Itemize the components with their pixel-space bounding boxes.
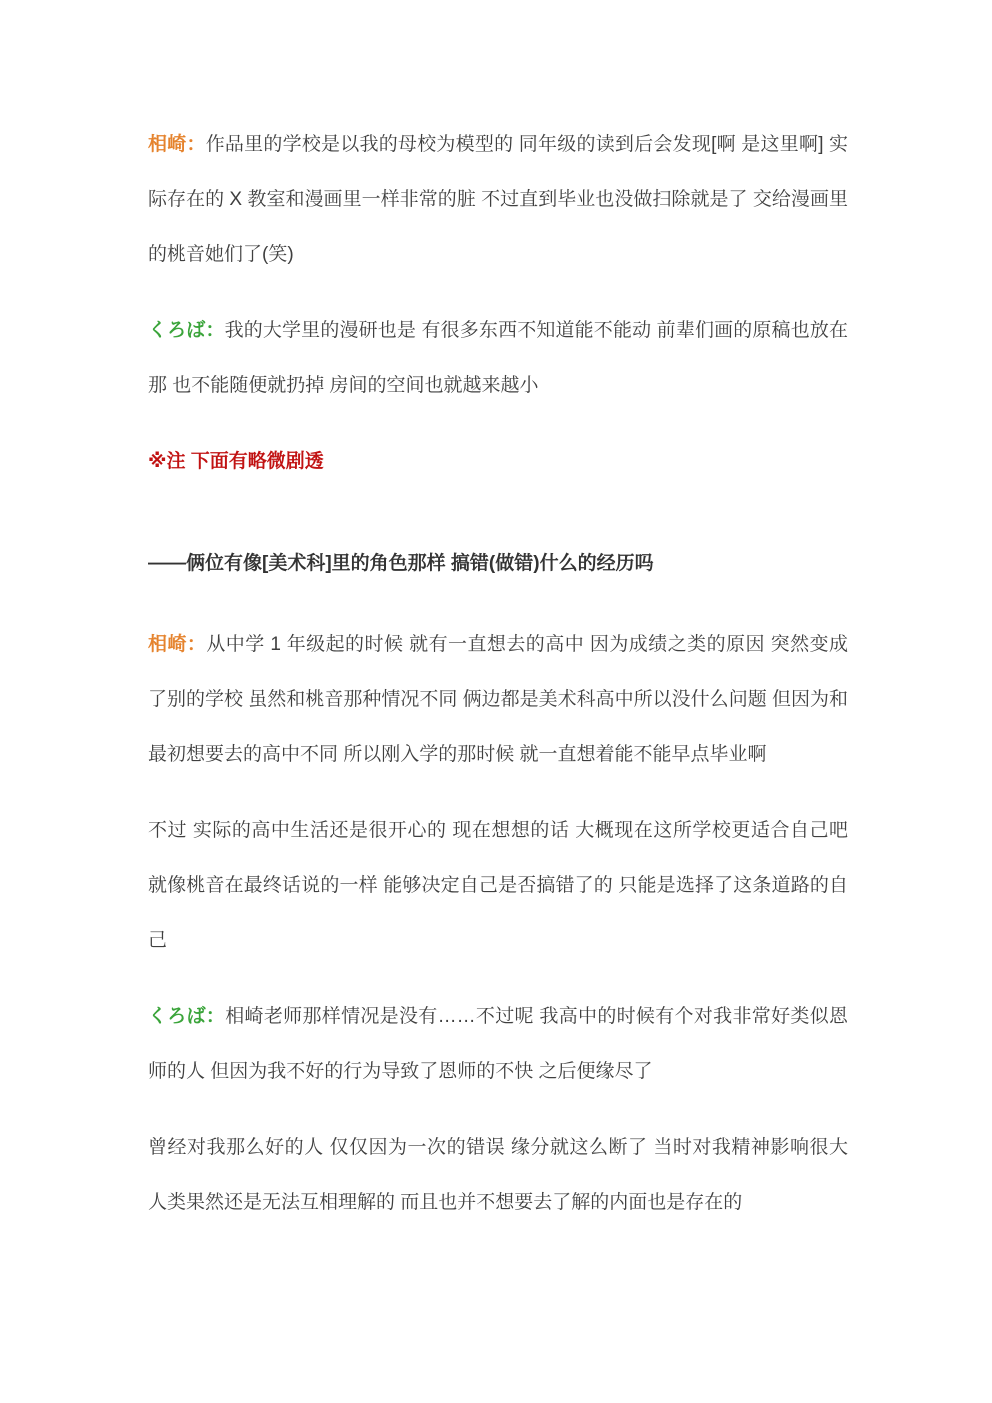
paragraph-text: 我的大学里的漫研也是 有很多东西不知道能不能动 前辈们画的原稿也放在那 也不能随… xyxy=(148,320,848,396)
paragraph-text: 不过 实际的高中生活还是很开心的 现在想想的话 大概现在这所学校更适合自己吧 就… xyxy=(148,820,848,951)
dialogue-paragraph-continuation: 不过 实际的高中生活还是很开心的 现在想想的话 大概现在这所学校更适合自己吧 就… xyxy=(148,803,848,968)
interview-content: 相崎：作品里的学校是以我的母校为模型的 同年级的读到后会发现[啊 是这里啊] 实… xyxy=(148,117,848,1230)
paragraph-text: 相崎老师那样情况是没有……不过呢 我高中的时候有个对我非常好类似恩师的人 但因为… xyxy=(148,1006,848,1082)
dialogue-paragraph: くろば：我的大学里的漫研也是 有很多东西不知道能不能动 前辈们画的原稿也放在那 … xyxy=(148,303,848,413)
speaker-label-aizaki: 相崎： xyxy=(148,134,206,155)
speaker-label-kuroba: くろば： xyxy=(148,320,225,341)
paragraph-text: 作品里的学校是以我的母校为模型的 同年级的读到后会发现[啊 是这里啊] 实际存在… xyxy=(148,134,848,265)
speaker-label-aizaki: 相崎： xyxy=(148,634,206,655)
document-page: 相崎：作品里的学校是以我的母校为模型的 同年级的读到后会发现[啊 是这里啊] 实… xyxy=(0,0,992,1403)
spoiler-note: ※注 下面有略微剧透 xyxy=(148,434,848,489)
paragraph-text: 从中学 1 年级起的时候 就有一直想去的高中 因为成绩之类的原因 突然变成了别的… xyxy=(148,634,848,765)
dialogue-paragraph-continuation: 曾经对我那么好的人 仅仅因为一次的错误 缘分就这么断了 当时对我精神影响很大 人… xyxy=(148,1120,848,1230)
interviewer-question: ——俩位有像[美术科]里的角色那样 搞错(做错)什么的经历吗 xyxy=(148,536,848,591)
dialogue-paragraph: くろば：相崎老师那样情况是没有……不过呢 我高中的时候有个对我非常好类似恩师的人… xyxy=(148,989,848,1099)
paragraph-text: 曾经对我那么好的人 仅仅因为一次的错误 缘分就这么断了 当时对我精神影响很大 人… xyxy=(148,1137,848,1213)
dialogue-paragraph: 相崎：作品里的学校是以我的母校为模型的 同年级的读到后会发现[啊 是这里啊] 实… xyxy=(148,117,848,282)
speaker-label-kuroba: くろば： xyxy=(148,1006,225,1027)
dialogue-paragraph: 相崎：从中学 1 年级起的时候 就有一直想去的高中 因为成绩之类的原因 突然变成… xyxy=(148,617,848,782)
